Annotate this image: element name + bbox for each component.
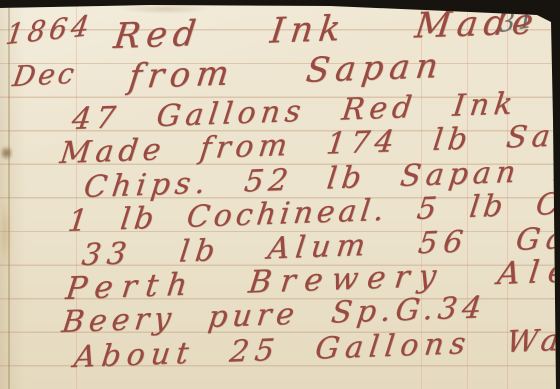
- paper-stain: [0, 196, 10, 270]
- ink-stain: [1, 144, 12, 162]
- entry-month: Dec: [10, 57, 79, 94]
- entry-year: 1864: [4, 9, 96, 52]
- paper-smudge: [120, 4, 210, 14]
- photo-background: 31 1864 Dec Red Ink Made from Sapan 47 G…: [0, 0, 560, 389]
- ledger-page: 31 1864 Dec Red Ink Made from Sapan 47 G…: [0, 0, 560, 389]
- page-binding-edge: [8, 0, 10, 389]
